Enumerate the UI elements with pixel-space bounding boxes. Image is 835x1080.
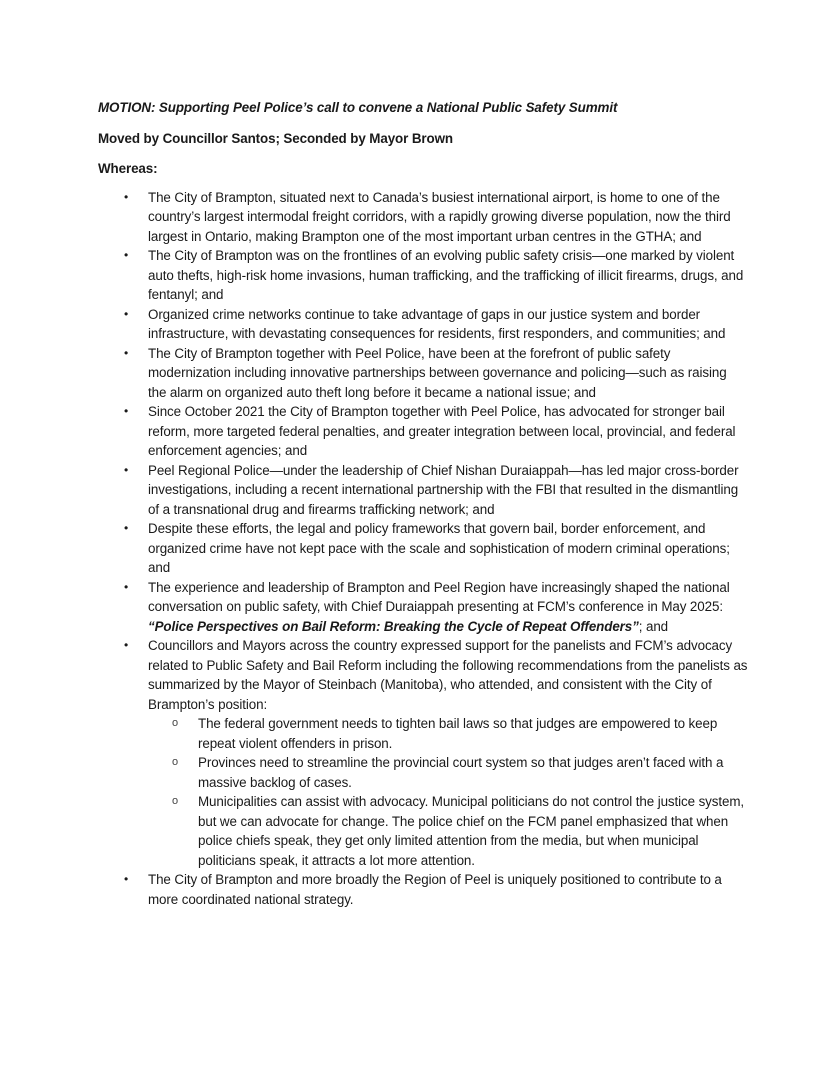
recommendation-item: o The federal government needs to tighte… bbox=[148, 714, 748, 753]
clause-text: The City of Brampton and more broadly th… bbox=[148, 872, 722, 907]
clause-text: The City of Brampton together with Peel … bbox=[148, 346, 727, 400]
clause-text: Organized crime networks continue to tak… bbox=[148, 307, 725, 342]
whereas-clause: • The experience and leadership of Bramp… bbox=[98, 578, 748, 637]
hollow-bullet-icon: o bbox=[172, 714, 178, 734]
bullet-icon: • bbox=[124, 870, 128, 890]
whereas-clause: • Organized crime networks continue to t… bbox=[98, 305, 748, 344]
whereas-heading: Whereas: bbox=[98, 159, 748, 179]
recommendation-item: o Provinces need to streamline the provi… bbox=[148, 753, 748, 792]
bullet-icon: • bbox=[124, 402, 128, 422]
whereas-clause: • Councillors and Mayors across the coun… bbox=[98, 636, 748, 870]
recommendation-list: o The federal government needs to tighte… bbox=[148, 714, 748, 870]
clause-text: The experience and leadership of Brampto… bbox=[148, 580, 730, 615]
bullet-icon: • bbox=[124, 461, 128, 481]
whereas-clause: • Despite these efforts, the legal and p… bbox=[98, 519, 748, 578]
bullet-icon: • bbox=[124, 636, 128, 656]
clause-text: The City of Brampton was on the frontlin… bbox=[148, 248, 743, 302]
clause-text-end: ; and bbox=[639, 619, 668, 634]
whereas-clause: • The City of Brampton and more broadly … bbox=[98, 870, 748, 909]
whereas-clause: • The City of Brampton together with Pee… bbox=[98, 344, 748, 403]
motion-title: MOTION: Supporting Peel Police’s call to… bbox=[98, 98, 748, 118]
clause-text: Councillors and Mayors across the countr… bbox=[148, 638, 747, 712]
clause-text: The City of Brampton, situated next to C… bbox=[148, 190, 731, 244]
recommendation-text: The federal government needs to tighten … bbox=[198, 716, 717, 751]
whereas-clause: • The City of Brampton was on the frontl… bbox=[98, 246, 748, 305]
moved-by-line: Moved by Councillor Santos; Seconded by … bbox=[98, 129, 748, 149]
bullet-icon: • bbox=[124, 578, 128, 598]
clause-text: Despite these efforts, the legal and pol… bbox=[148, 521, 730, 575]
bullet-icon: • bbox=[124, 188, 128, 208]
whereas-clause-list: • The City of Brampton, situated next to… bbox=[98, 188, 748, 910]
recommendation-item: o Municipalities can assist with advocac… bbox=[148, 792, 748, 870]
presentation-title: “Police Perspectives on Bail Reform: Bre… bbox=[148, 619, 639, 634]
hollow-bullet-icon: o bbox=[172, 753, 178, 773]
recommendation-text: Provinces need to streamline the provinc… bbox=[198, 755, 723, 790]
clause-text: Peel Regional Police—under the leadershi… bbox=[148, 463, 738, 517]
bullet-icon: • bbox=[124, 305, 128, 325]
bullet-icon: • bbox=[124, 519, 128, 539]
recommendation-text: Municipalities can assist with advocacy.… bbox=[198, 794, 744, 868]
document-page: MOTION: Supporting Peel Police’s call to… bbox=[98, 98, 748, 909]
bullet-icon: • bbox=[124, 246, 128, 266]
whereas-clause: • Since October 2021 the City of Brampto… bbox=[98, 402, 748, 461]
whereas-clause: • Peel Regional Police—under the leaders… bbox=[98, 461, 748, 520]
whereas-clause: • The City of Brampton, situated next to… bbox=[98, 188, 748, 247]
hollow-bullet-icon: o bbox=[172, 792, 178, 812]
clause-text: Since October 2021 the City of Brampton … bbox=[148, 404, 735, 458]
bullet-icon: • bbox=[124, 344, 128, 364]
